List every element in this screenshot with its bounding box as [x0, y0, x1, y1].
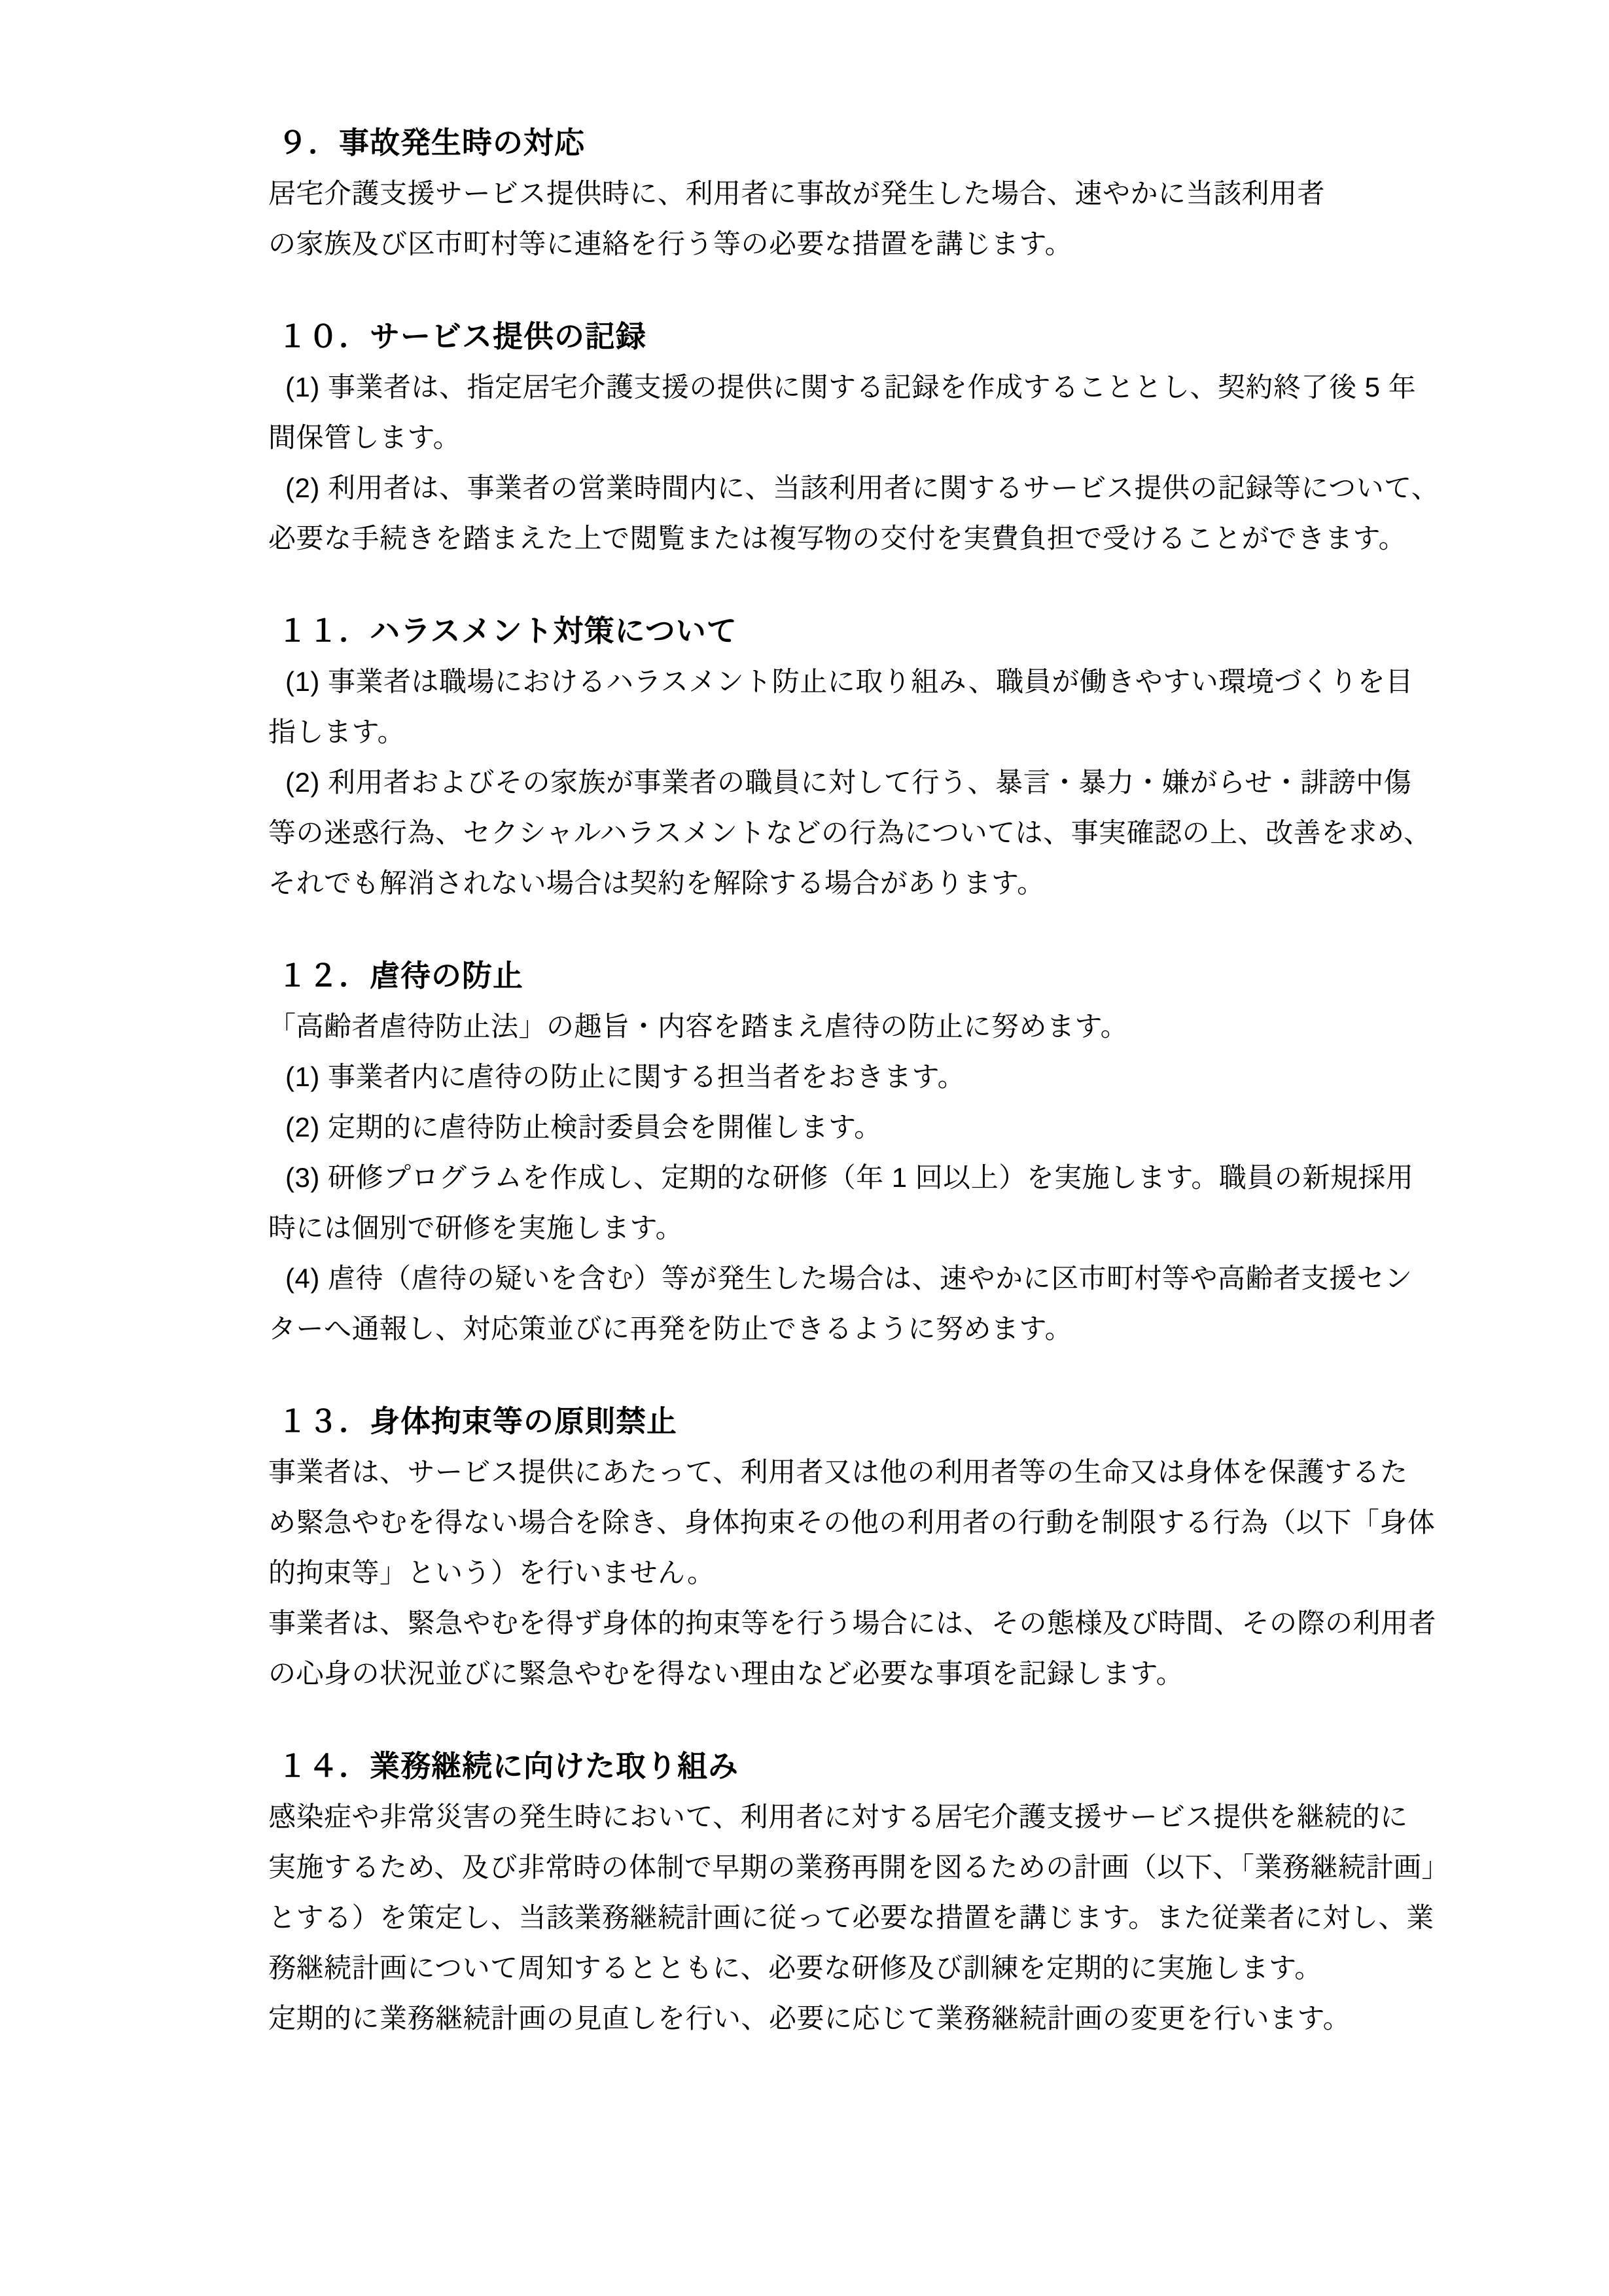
- paragraph-line: の家族及び区市町村等に連絡を行う等の必要な措置を講じます。: [268, 219, 1373, 269]
- paragraph-line: (1) 事業者内に虐待の防止に関する担当者をおきます。: [268, 1051, 1373, 1102]
- section-heading: ９．事故発生時の対応: [277, 118, 1373, 168]
- paragraph-line: 等の迷惑行為、セクシャルハラスメントなどの行為については、事実確認の上、改善を求…: [268, 807, 1373, 858]
- paragraph-line: (1) 事業者は職場におけるハラスメント防止に取り組み、職員が働きやすい環境づく…: [268, 656, 1373, 707]
- section-heading: １２．虐待の防止: [277, 951, 1373, 1001]
- paragraph-line: (2) 定期的に虐待防止検討委員会を開催します。: [268, 1102, 1373, 1152]
- paragraph-line: 時には個別で研修を実施します。: [268, 1203, 1373, 1253]
- paragraph-line: 的拘束等」という）を行いません。: [268, 1547, 1373, 1598]
- paragraph-line: 務継続計画について周知するとともに、必要な研修及び訓練を定期的に実施します。: [268, 1943, 1373, 1993]
- section-10-service-records: １０．サービス提供の記録 (1) 事業者は、指定居宅介護支援の提供に関する記録を…: [268, 311, 1373, 563]
- paragraph-line: (2) 利用者およびその家族が事業者の職員に対して行う、暴言・暴力・嫌がらせ・誹…: [268, 757, 1373, 807]
- section-14-business-continuity: １４．業務継続に向けた取り組み 感染症や非常災害の発生時において、利用者に対する…: [268, 1741, 1373, 2043]
- section-12-abuse-prevention: １２．虐待の防止 「高齢者虐待防止法」の趣旨・内容を踏まえ虐待の防止に努めます。…: [268, 951, 1373, 1354]
- section-heading: １４．業務継続に向けた取り組み: [277, 1741, 1373, 1792]
- paragraph-line: 間保管します。: [268, 412, 1373, 463]
- section-11-harassment-measures: １１．ハラスメント対策について (1) 事業者は職場におけるハラスメント防止に取…: [268, 606, 1373, 908]
- paragraph-line: 定期的に業務継続計画の見直しを行い、必要に応じて業務継続計画の変更を行います。: [268, 1993, 1373, 2043]
- section-heading: １３．身体拘束等の原則禁止: [277, 1396, 1373, 1447]
- paragraph-line: とする）を策定し、当該業務継続計画に従って必要な措置を講じます。また従業者に対し…: [268, 1892, 1373, 1943]
- paragraph-line: (1) 事業者は、指定居宅介護支援の提供に関する記録を作成することとし、契約終了…: [268, 362, 1373, 412]
- document-page: ９．事故発生時の対応 居宅介護支援サービス提供時に、利用者に事故が発生した場合、…: [0, 0, 1609, 2296]
- paragraph-line: それでも解消されない場合は契約を解除する場合があります。: [268, 858, 1373, 908]
- section-13-physical-restraint-prohibition: １３．身体拘束等の原則禁止 事業者は、サービス提供にあたって、利用者又は他の利用…: [268, 1396, 1373, 1699]
- paragraph-line: 居宅介護支援サービス提供時に、利用者に事故が発生した場合、速やかに当該利用者: [268, 168, 1373, 219]
- section-9-accident-response: ９．事故発生時の対応 居宅介護支援サービス提供時に、利用者に事故が発生した場合、…: [268, 118, 1373, 269]
- paragraph-line: め緊急やむを得ない場合を除き、身体拘束その他の利用者の行動を制限する行為（以下「…: [268, 1497, 1373, 1547]
- paragraph-line: ターへ通報し、対応策並びに再発を防止できるように努めます。: [268, 1303, 1373, 1354]
- paragraph-line: 感染症や非常災害の発生時において、利用者に対する居宅介護支援サービス提供を継続的…: [268, 1792, 1373, 1842]
- paragraph-line: (2) 利用者は、事業者の営業時間内に、当該利用者に関するサービス提供の記録等に…: [268, 463, 1373, 513]
- paragraph-line: (4) 虐待（虐待の疑いを含む）等が発生した場合は、速やかに区市町村等や高齢者支…: [268, 1253, 1373, 1303]
- paragraph-line: の心身の状況並びに緊急やむを得ない理由など必要な事項を記録します。: [268, 1648, 1373, 1699]
- paragraph-line: 必要な手続きを踏まえた上で閲覧または複写物の交付を実費負担で受けることができます…: [268, 513, 1373, 563]
- section-heading: １０．サービス提供の記録: [277, 311, 1373, 362]
- paragraph-line: (3) 研修プログラムを作成し、定期的な研修（年 1 回以上）を実施します。職員…: [268, 1152, 1373, 1203]
- paragraph-line: 指します。: [268, 707, 1373, 757]
- paragraph-line: 事業者は、サービス提供にあたって、利用者又は他の利用者等の生命又は身体を保護する…: [268, 1447, 1373, 1497]
- paragraph-line: 事業者は、緊急やむを得ず身体的拘束等を行う場合には、その態様及び時間、その際の利…: [268, 1598, 1373, 1648]
- paragraph-line: 実施するため、及び非常時の体制で早期の業務再開を図るための計画（以下、「業務継続…: [268, 1842, 1373, 1892]
- section-heading: １１．ハラスメント対策について: [277, 606, 1373, 656]
- paragraph-line: 「高齢者虐待防止法」の趣旨・内容を踏まえ虐待の防止に努めます。: [268, 1001, 1373, 1051]
